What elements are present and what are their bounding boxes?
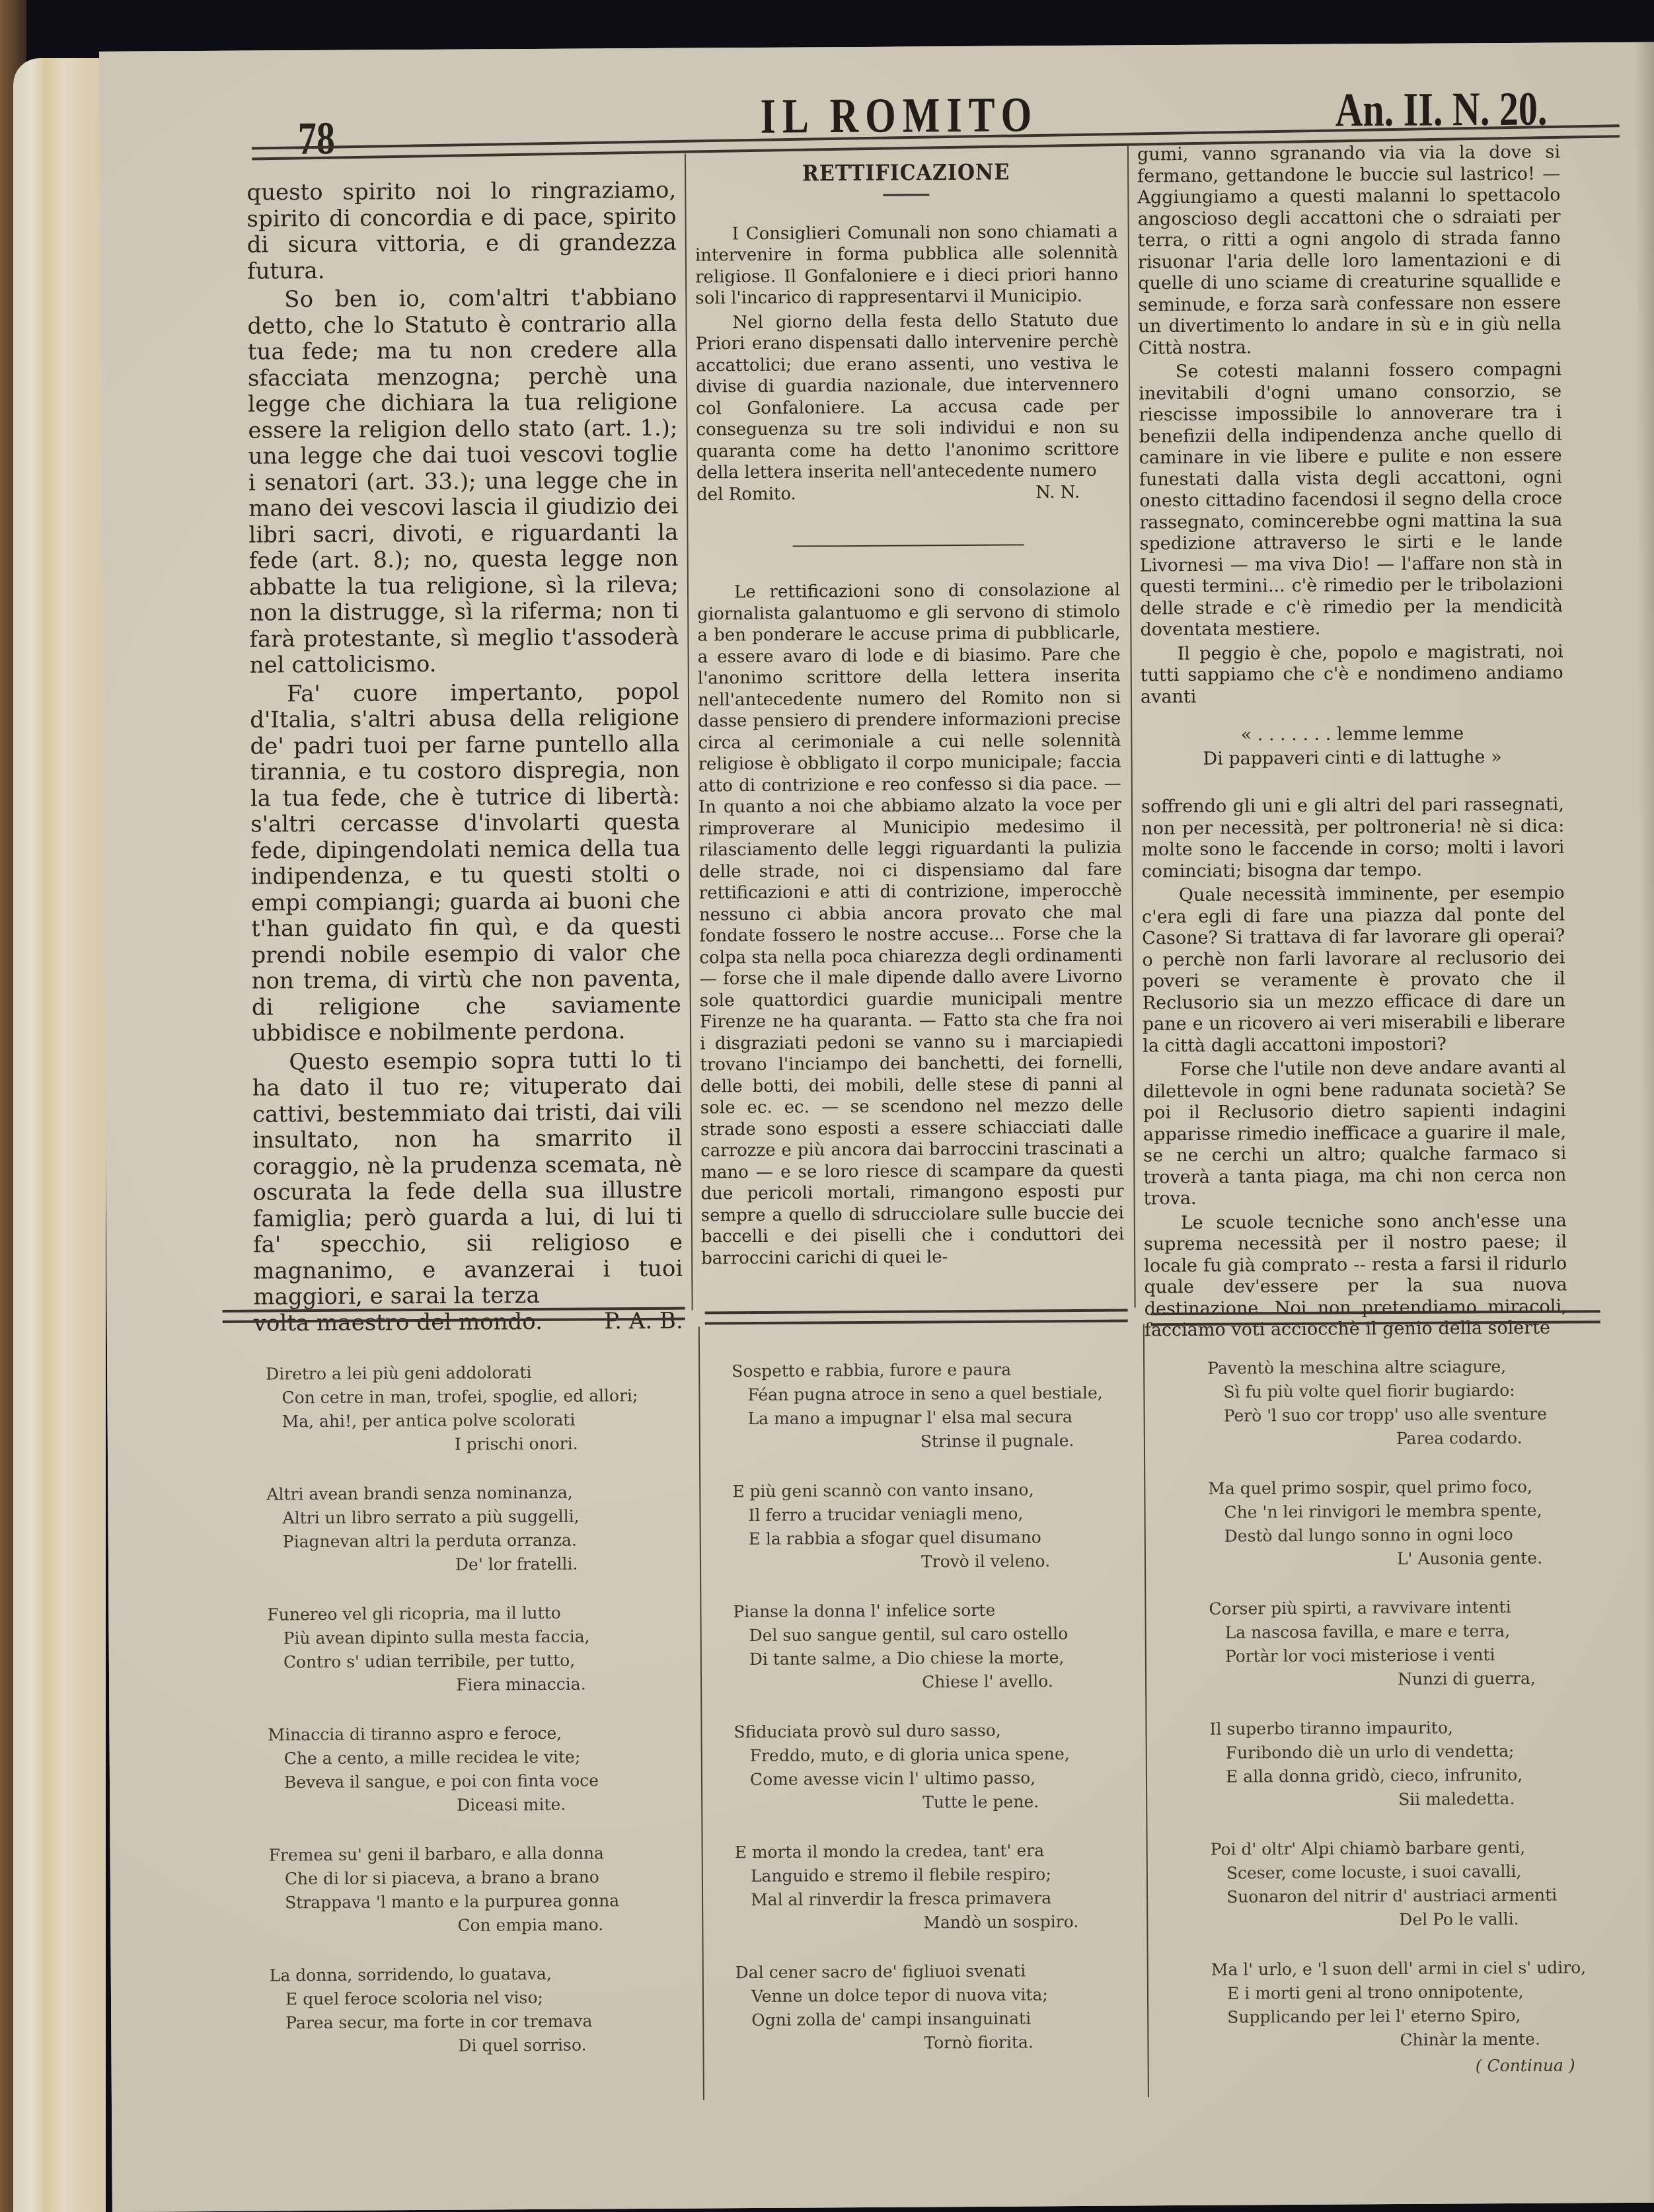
verse-line: Venne un dolce tepor di nuova vita; [735, 1982, 1158, 2008]
verse-line: Che a cento, a mille recidea le vite; [268, 1745, 691, 1771]
verse-line: Parea codardo. [1208, 1426, 1631, 1452]
verse-line: Freddo, muto, e di gloria unica spene, [734, 1741, 1157, 1768]
verse-line: Ma l' urlo, e 'l suon dell' armi in ciel… [1211, 1956, 1634, 1982]
stanza: La donna, sorridendo, lo guatava, E quel… [270, 1962, 693, 2059]
verse-line: L' Ausonia gente. [1209, 1546, 1632, 1572]
verse-line: Chiese l' avello. [733, 1669, 1156, 1695]
verse-line: Sii maledetta. [1210, 1786, 1633, 1813]
verse-line: Chinàr la mente. [1211, 2027, 1634, 2053]
page-shadow [1634, 42, 1654, 2203]
verse-line: Altri un libro serrato a più suggelli, [266, 1504, 689, 1531]
verse-line: Come avesse vicin l' ultimo passo, [734, 1765, 1157, 1792]
verse-line: Che 'n lei rinvigori le membra spente, [1208, 1498, 1631, 1525]
verse-line: Altri avean brandi senza nominanza, [266, 1480, 689, 1507]
stanza: E morta il mondo la credea, tant' era La… [735, 1838, 1158, 1936]
verse-line: E alla donna gridò, cieco, infrunito, [1210, 1763, 1633, 1789]
verse-line: E i morti geni al trono onnipotente, [1211, 1979, 1634, 2006]
verse-line: Ma quel primo sospir, quel primo foco, [1208, 1474, 1631, 1501]
stanza: Diretro a lei più geni addolorati Con ce… [266, 1360, 689, 1458]
stanza: Corser più spirti, a ravvivare intenti L… [1209, 1595, 1632, 1693]
verse-line: Il ferro a trucidar veniagli meno, [732, 1501, 1155, 1527]
title-rule [883, 194, 929, 196]
verse-line: Dal cener sacro de' figliuoi svenati [735, 1958, 1158, 1985]
paragraph: I Consiglieri Comunali non sono chiamati… [695, 221, 1119, 309]
paragraph: Fa' cuore impertanto, popol d'Italia, s'… [250, 679, 681, 1047]
article-column-3: gumi, vanno sgranando via via la dove si… [1137, 141, 1567, 1341]
verse-line: Del suo sangue gentil, sul caro ostello [733, 1621, 1156, 1648]
verse-line: Mal al rinverdir la fresca primavera [735, 1886, 1158, 1912]
verse-line: Sospetto e rabbia, furore e paura [732, 1357, 1154, 1383]
verse-line: Di quel sorriso. [270, 2033, 693, 2059]
verse-line: Diretro a lei più geni addolorati [266, 1360, 689, 1387]
paragraph: gumi, vanno sgranando via via la dove si… [1137, 141, 1561, 359]
closing-text: del Romito. [696, 483, 796, 505]
paragraph: Forse che l'utile non deve andare avanti… [1143, 1057, 1566, 1209]
stanza: E più geni scannò con vanto insano, Il f… [732, 1477, 1156, 1575]
author-signature: N. N. [1035, 481, 1119, 503]
poem-column-3: Paventò la meschina altre sciagure, Sì f… [1207, 1354, 1635, 2080]
column-divider [685, 154, 693, 1311]
poem-section-rule [1151, 1310, 1600, 1326]
verse-line: Minaccia di tiranno aspro e feroce, [268, 1721, 691, 1747]
verse-line: I prischi onori. [266, 1431, 689, 1458]
verse-line: Ogni zolla de' campi insanguinati [735, 2006, 1158, 2032]
stanza: Sfiduciata provò sul duro sasso, Freddo,… [733, 1718, 1157, 1815]
verse-line: Però 'l suo cor tropp' uso alle sventure [1208, 1402, 1631, 1428]
verse-line: E più geni scannò con vanto insano, [732, 1477, 1155, 1504]
verse-line: Strinse il pugnale. [732, 1428, 1155, 1455]
article-column-2: RETTIFICAZIONE I Consiglieri Comunali no… [695, 158, 1124, 1270]
verse-line: Più avean dipinto sulla mesta faccia, [268, 1624, 691, 1651]
stanza: Fremea su' geni il barbaro, e alla donna… [269, 1841, 693, 1939]
verse-line: Furibondo diè un urlo di vendetta; [1210, 1739, 1633, 1765]
continued-note: ( Continua ) [1212, 2053, 1635, 2080]
verse-line: E la rabbia a sfogar quel disumano [733, 1525, 1156, 1551]
poem-column-1: Diretro a lei più geni addolorati Con ce… [266, 1360, 693, 2084]
verse-line: Strappava 'l manto e la purpurea gonna [269, 1889, 692, 1915]
paragraph: Quale necessità imminente, per esempio c… [1142, 882, 1566, 1057]
article-title: RETTIFICAZIONE [695, 161, 1117, 187]
paragraph: Nel giorno della festa dello Statuto due… [695, 309, 1119, 484]
paragraph: soffrendo gli uni e gli altri del pari r… [1141, 794, 1565, 882]
verse-line: Contro s' udian terribile, per tutto, [268, 1648, 691, 1675]
verse-line: Ma, ahi!, per antica polve scolorati [266, 1408, 689, 1434]
verse-line: Il superbo tiranno impaurito, [1209, 1715, 1632, 1741]
verse-line: Con cetre in man, trofei, spoglie, ed al… [266, 1384, 689, 1410]
verse-line: Del Po le valli. [1211, 1907, 1634, 1933]
verse-line: Pianse la donna l' infelice sorte [733, 1597, 1156, 1624]
section-separator [793, 544, 1024, 547]
poem-column-2: Sospetto e rabbia, furore e paura Féan p… [732, 1357, 1159, 2081]
verse-line: Tornò fiorita. [735, 2030, 1158, 2056]
verse-line: Languido e stremo il flebile respiro; [735, 1862, 1158, 1888]
stanza: Sospetto e rabbia, furore e paura Féan p… [732, 1357, 1155, 1455]
stanza: Il superbo tiranno impaurito, Furibondo … [1209, 1715, 1633, 1813]
stanza: Ma l' urlo, e 'l suon dell' armi in ciel… [1211, 1956, 1635, 2053]
stanza: Dal cener sacro de' figliuoi svenati Ven… [735, 1958, 1159, 2056]
verse-line: Supplicando per lei l' eterno Spiro, [1211, 2003, 1634, 2030]
paragraph: So ben io, com'altri t'abbiano detto, ch… [247, 285, 679, 679]
paragraph: Se cotesti malanni fossero compagni inev… [1139, 359, 1563, 640]
verse-line: Fiera minaccia. [268, 1672, 691, 1698]
paragraph: questo spirito noi lo ringraziamo, spiri… [246, 178, 677, 285]
verse-line: La mano a impugnar l' elsa mal secura [732, 1404, 1155, 1431]
article-column-1: questo spirito noi lo ringraziamo, spiri… [246, 178, 683, 1337]
quote-line: Di pappaveri cinti e di lattughe » [1141, 745, 1563, 771]
poem-section-rule [705, 1309, 1128, 1325]
paragraph: Le rettificazioni sono di consolazione a… [697, 580, 1124, 1270]
verse-line: Parea secur, ma forte in cor tremava [270, 2009, 693, 2036]
verse-line: La nascosa favilla, e mare e terra, [1209, 1619, 1632, 1645]
verse-line: Sfiduciata provò sul duro sasso, [733, 1718, 1156, 1744]
stanza: Pianse la donna l' infelice sorte Del su… [733, 1597, 1156, 1695]
paragraph: Questo esempio sopra tutti lo ti ha dato… [252, 1047, 683, 1311]
verse-line: Beveva il sangue, e poi con finta voce [268, 1769, 691, 1795]
verse-line: Di tante salme, a Dio chiese la morte, [733, 1645, 1156, 1671]
verse-line: E morta il mondo la credea, tant' era [735, 1838, 1158, 1864]
stanza: Altri avean brandi senza nominanza, Altr… [266, 1480, 690, 1578]
verse-line: E quel feroce scoloria nel viso; [270, 1985, 693, 2012]
stanza: Ma quel primo sospir, quel primo foco, C… [1208, 1474, 1632, 1572]
column-divider [698, 1326, 704, 2100]
quote-line: « . . . . . . . lemme lemme [1141, 721, 1563, 747]
block-quote: « . . . . . . . lemme lemme Di pappaveri… [1141, 721, 1563, 771]
stanza: Poi d' oltr' Alpi chiamò barbare genti, … [1211, 1835, 1634, 1933]
verse-line: Féan pugna atroce in seno a quel bestial… [732, 1381, 1154, 1407]
verse-line: Tutte le pene. [734, 1789, 1157, 1815]
poem-section-rule [223, 1307, 685, 1323]
paragraph: Il peggio è che, popolo e magistrati, no… [1141, 641, 1564, 708]
stanza: Minaccia di tiranno aspro e feroce, Che … [268, 1721, 691, 1819]
verse-line: Con empia mano. [269, 1913, 692, 1939]
verse-line: Che di lor si piaceva, a brano a brano [269, 1865, 692, 1891]
verse-line: De' lor fratelli. [267, 1552, 690, 1578]
verse-line: Sceser, come locuste, i suoi cavalli, [1211, 1859, 1634, 1886]
page-edges-stack [13, 58, 106, 2212]
verse-line: Paventò la meschina altre sciagure, [1207, 1354, 1630, 1381]
column-divider [1127, 144, 1136, 1307]
stanza: Funereo vel gli ricopria, ma il lutto Pi… [267, 1601, 691, 1698]
verse-line: Sì fu più volte quel fiorir bugiardo: [1207, 1378, 1630, 1404]
verse-line: Poi d' oltr' Alpi chiamò barbare genti, [1211, 1835, 1634, 1862]
verse-line: Piagnevan altri la perduta orranza. [267, 1528, 690, 1554]
verse-line: Fremea su' geni il barbaro, e alla donna [269, 1841, 692, 1868]
verse-line: Funereo vel gli ricopria, ma il lutto [267, 1601, 690, 1627]
signature-line: del Romito. N. N. [696, 481, 1119, 505]
verse-line: Mandò un sospiro. [735, 1909, 1158, 1936]
verse-line: La donna, sorridendo, lo guatava, [270, 1962, 693, 1988]
verse-line: Corser più spirti, a ravvivare intenti [1209, 1595, 1632, 1621]
verse-line: Suonaron del nitrir d' austriaci armenti [1211, 1883, 1634, 1909]
newspaper-page: 78 IL ROMITO An. II. N. 20. questo spiri… [99, 42, 1654, 2212]
stanza: Paventò la meschina altre sciagure, Sì f… [1207, 1354, 1631, 1452]
verse-line: Diceasi mite. [268, 1792, 691, 1819]
verse-line: Trovò il veleno. [733, 1548, 1156, 1575]
verse-line: Portàr lor voci misteriose i venti [1209, 1642, 1632, 1669]
verse-line: Nunzi di guerra, [1209, 1666, 1632, 1693]
verse-line: Destò dal lungo sonno in ogni loco [1209, 1522, 1632, 1548]
